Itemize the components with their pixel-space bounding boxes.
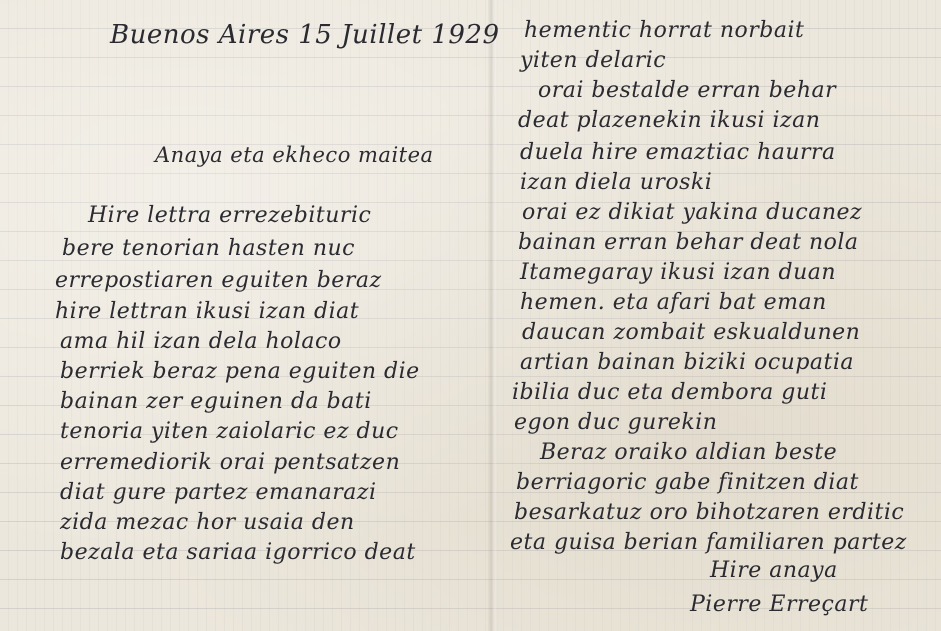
- body-line: tenoria yiten zaiolaric ez duc: [60, 419, 399, 444]
- left-page: Buenos Aires 15 Juillet 1929 Anaya eta e…: [0, 0, 488, 631]
- body-line: diat gure partez emanarazi: [60, 480, 377, 505]
- closing: Hire anaya: [710, 558, 838, 583]
- signature: Pierre Erreçart: [690, 592, 868, 617]
- right-page: hementic horrat norbait yiten delaric or…: [498, 0, 941, 631]
- body-line: Itamegaray ikusi izan duan: [520, 260, 836, 285]
- body-line: hire lettran ikusi izan diat: [55, 299, 359, 324]
- body-line: hemen. eta afari bat eman: [520, 290, 827, 315]
- body-line: orai ez dikiat yakina ducanez: [522, 200, 862, 225]
- body-line: hementic horrat norbait: [524, 18, 804, 43]
- body-line: bere tenorian hasten nuc: [62, 236, 355, 261]
- body-line: daucan zombait eskualdunen: [522, 320, 860, 345]
- salutation: Anaya eta ekheco maitea: [155, 143, 434, 167]
- body-line: egon duc gurekin: [514, 410, 717, 435]
- body-line: berriagoric gabe finitzen diat: [516, 470, 859, 495]
- body-line: ibilia duc eta dembora guti: [512, 380, 827, 405]
- body-line: artian bainan biziki ocupatia: [520, 350, 854, 375]
- body-line: bezala eta sariaa igorrico deat: [60, 540, 416, 565]
- body-line: erremediorik orai pentsatzen: [60, 450, 400, 475]
- letter-sheet: Buenos Aires 15 Juillet 1929 Anaya eta e…: [0, 0, 941, 631]
- body-line: Beraz oraiko aldian beste: [540, 440, 837, 465]
- body-line: yiten delaric: [520, 48, 666, 73]
- body-line: Hire lettra errezebituric: [88, 203, 371, 228]
- letter-header-date: Buenos Aires 15 Juillet 1929: [110, 20, 500, 50]
- body-line: ama hil izan dela holaco: [60, 329, 342, 354]
- body-line: besarkatuz oro bihotzaren erditic: [514, 500, 904, 525]
- body-line: bainan zer eguinen da bati: [60, 389, 372, 414]
- body-line: izan diela uroski: [520, 170, 712, 195]
- body-line: errepostiaren eguiten beraz: [55, 268, 382, 293]
- body-line: berriek beraz pena eguiten die: [60, 359, 420, 384]
- body-line: zida mezac hor usaia den: [60, 510, 355, 535]
- center-fold: [488, 0, 498, 631]
- body-line: bainan erran behar deat nola: [518, 230, 859, 255]
- body-line: duela hire emaztiac haurra: [520, 140, 836, 165]
- body-line: eta guisa berian familiaren partez: [510, 530, 907, 555]
- body-line: deat plazenekin ikusi izan: [518, 108, 820, 133]
- body-line: orai bestalde erran behar: [538, 78, 836, 103]
